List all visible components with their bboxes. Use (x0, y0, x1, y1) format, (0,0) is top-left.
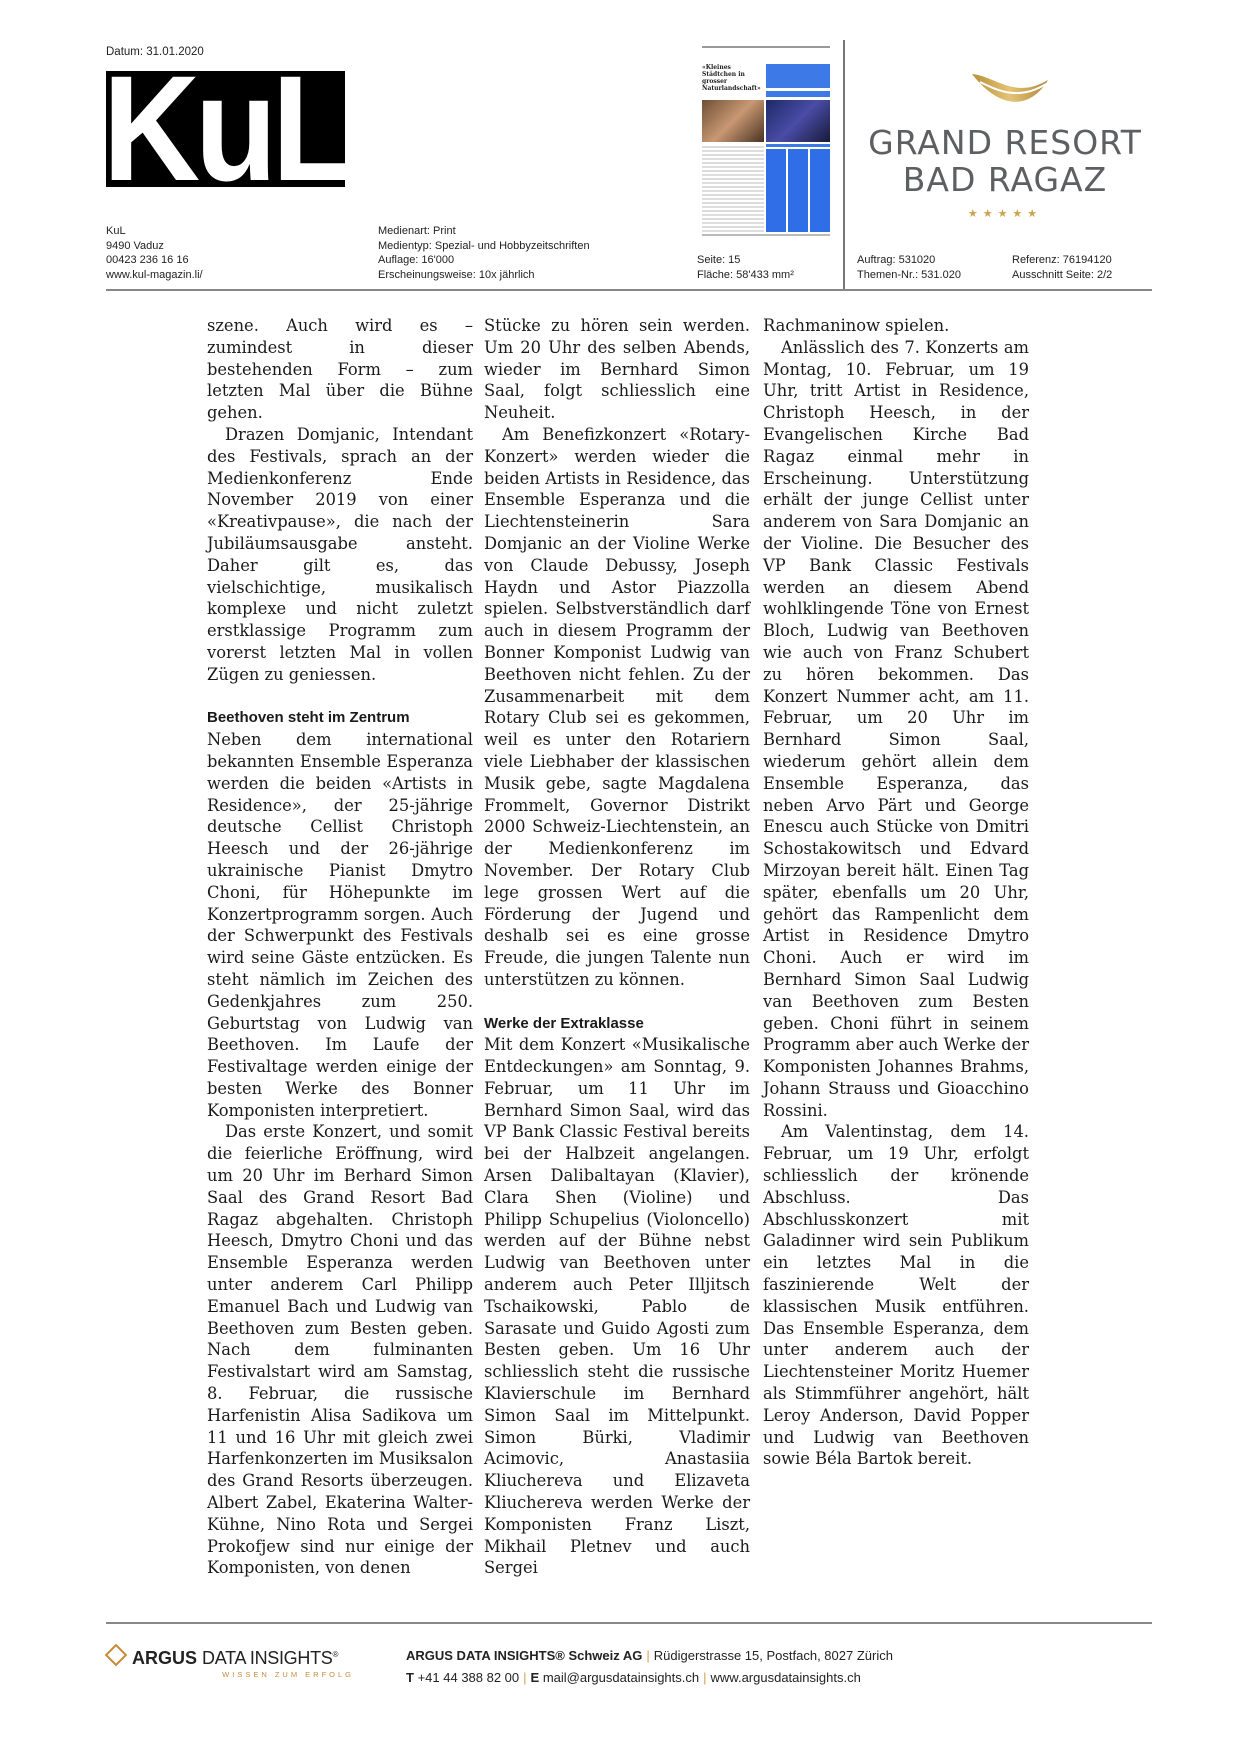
thumbnail-highlight-column (810, 149, 830, 232)
ausschnitt: Ausschnitt Seite: 2/2 (1012, 268, 1112, 283)
argus-logo: ARGUS DATA INSIGHTS® WISSEN ZUM ERFOLG (108, 1645, 358, 1679)
separator: | (699, 1670, 710, 1685)
client-logo-line1: GRAND RESORT (850, 124, 1160, 161)
auflage: Auflage: 16'000 (378, 253, 590, 268)
spacer (484, 991, 750, 1013)
separator: | (642, 1648, 653, 1663)
thumbnail-headline: «Kleines Städtchen in grosser Naturlands… (702, 64, 764, 92)
registered-mark: ® (332, 1650, 338, 1659)
footer-company: ARGUS DATA INSIGHTS® Schweiz AG (406, 1648, 642, 1663)
client-logo: GRAND RESORT BAD RAGAZ ★★★★★ (850, 70, 1160, 230)
auftrag: Auftrag: 531020 (857, 253, 961, 268)
thumbnail-highlight-column (788, 149, 808, 232)
subheading: Werke der Extraklasse (484, 1013, 750, 1035)
paragraph: Das erste Konzert, und somit die feierli… (207, 1121, 473, 1579)
medientyp: Medientyp: Spezial- und Hobbyzeitschrift… (378, 239, 590, 254)
thumbnail-photo-ensemble (766, 100, 830, 142)
themen-nr: Themen-Nr.: 531.020 (857, 268, 961, 283)
medienart: Medienart: Print (378, 224, 590, 239)
referenz: Referenz: 76194120 (1012, 253, 1112, 268)
publisher-phone: 00423 236 16 16 (106, 253, 203, 268)
paragraph: szene. Auch wird es – zumindest in diese… (207, 315, 473, 424)
paragraph: Am Valentinstag, dem 14. Februar, um 19 … (763, 1121, 1029, 1470)
publisher-address: 9490 Vaduz (106, 239, 203, 254)
header-divider (843, 40, 845, 291)
footer-email[interactable]: mail@argusdatainsights.ch (543, 1670, 699, 1685)
argus-brand-bold: ARGUS (132, 1648, 197, 1668)
paragraph: Anlässlich des 7. Konzerts am Montag, 10… (763, 337, 1029, 1122)
argus-brand-light: DATA INSIGHTS (202, 1648, 332, 1668)
seite: Seite: 15 (697, 253, 794, 268)
media-info: Medienart: Print Medientyp: Spezial- und… (378, 224, 590, 282)
spacer (207, 686, 473, 708)
thumbnail-highlight-headline (766, 64, 830, 88)
header-rule (106, 289, 1152, 291)
footer-address: Rüdigerstrasse 15, Postfach, 8027 Zürich (654, 1648, 893, 1663)
thumbnail-photo-portrait (702, 100, 764, 142)
page-thumbnail: «Kleines Städtchen in grosser Naturlands… (700, 42, 832, 236)
thumbnail-highlight-column (766, 149, 786, 232)
email-label: E (531, 1670, 540, 1685)
diamond-icon (105, 1644, 128, 1667)
publication-logo: KuL (106, 71, 345, 187)
footer-website[interactable]: www.argusdatainsights.ch (711, 1670, 861, 1685)
footer-phone: +41 44 388 82 00 (418, 1670, 520, 1685)
order-info: Auftrag: 531020 Themen-Nr.: 531.020 (857, 253, 961, 282)
paragraph: Stücke zu hören sein werden. Um 20 Uhr d… (484, 315, 750, 424)
publisher-website[interactable]: www.kul-magazin.li/ (106, 268, 203, 283)
flaeche: Fläche: 58'433 mm² (697, 268, 794, 283)
publisher-name: KuL (106, 224, 203, 239)
thumbnail-rule (702, 234, 830, 236)
thumbnail-highlight-caption (766, 144, 830, 147)
phone-label: T (406, 1670, 414, 1685)
publisher-info: KuL 9490 Vaduz 00423 236 16 16 www.kul-m… (106, 224, 203, 282)
paragraph: Neben dem international bekannten Ensemb… (207, 729, 473, 1121)
article-column-1: szene. Auch wird es – zumindest in diese… (207, 315, 473, 1579)
paragraph: Am Benefizkonzert «Rotary-Konzert» werde… (484, 424, 750, 991)
clipping-date: Datum: 31.01.2020 (106, 46, 204, 58)
subheading: Beethoven steht im Zentrum (207, 707, 473, 729)
paragraph: Mit dem Konzert «Musikalische Entdeckung… (484, 1034, 750, 1579)
paragraph: Rachmaninow spielen. (763, 315, 1029, 337)
client-logo-text: GRAND RESORT BAD RAGAZ (850, 124, 1160, 198)
footer-rule (106, 1622, 1152, 1624)
paragraph: Drazen Domjanic, Intendant des Festivals… (207, 424, 473, 686)
client-logo-line2: BAD RAGAZ (850, 161, 1160, 198)
reference-info: Referenz: 76194120 Ausschnitt Seite: 2/2 (1012, 253, 1112, 282)
thumbnail-highlight-subline (766, 91, 830, 97)
swoosh-icon (970, 70, 1050, 118)
separator: | (519, 1670, 530, 1685)
thumbnail-text-block (702, 146, 764, 232)
page-info: Seite: 15 Fläche: 58'433 mm² (697, 253, 794, 282)
article-column-3: Rachmaninow spielen. Anlässlich des 7. K… (763, 315, 1029, 1470)
publication-logo-text: KuL (106, 71, 345, 187)
footer-contact: ARGUS DATA INSIGHTS® Schweiz AG|Rüdigers… (406, 1645, 893, 1689)
star-rating-icon: ★★★★★ (850, 207, 1160, 220)
article-column-2: Stücke zu hören sein werden. Um 20 Uhr d… (484, 315, 750, 1579)
thumbnail-rule (702, 46, 830, 48)
erscheinungsweise: Erscheinungsweise: 10x jährlich (378, 268, 590, 283)
argus-tagline: WISSEN ZUM ERFOLG (108, 1670, 358, 1679)
